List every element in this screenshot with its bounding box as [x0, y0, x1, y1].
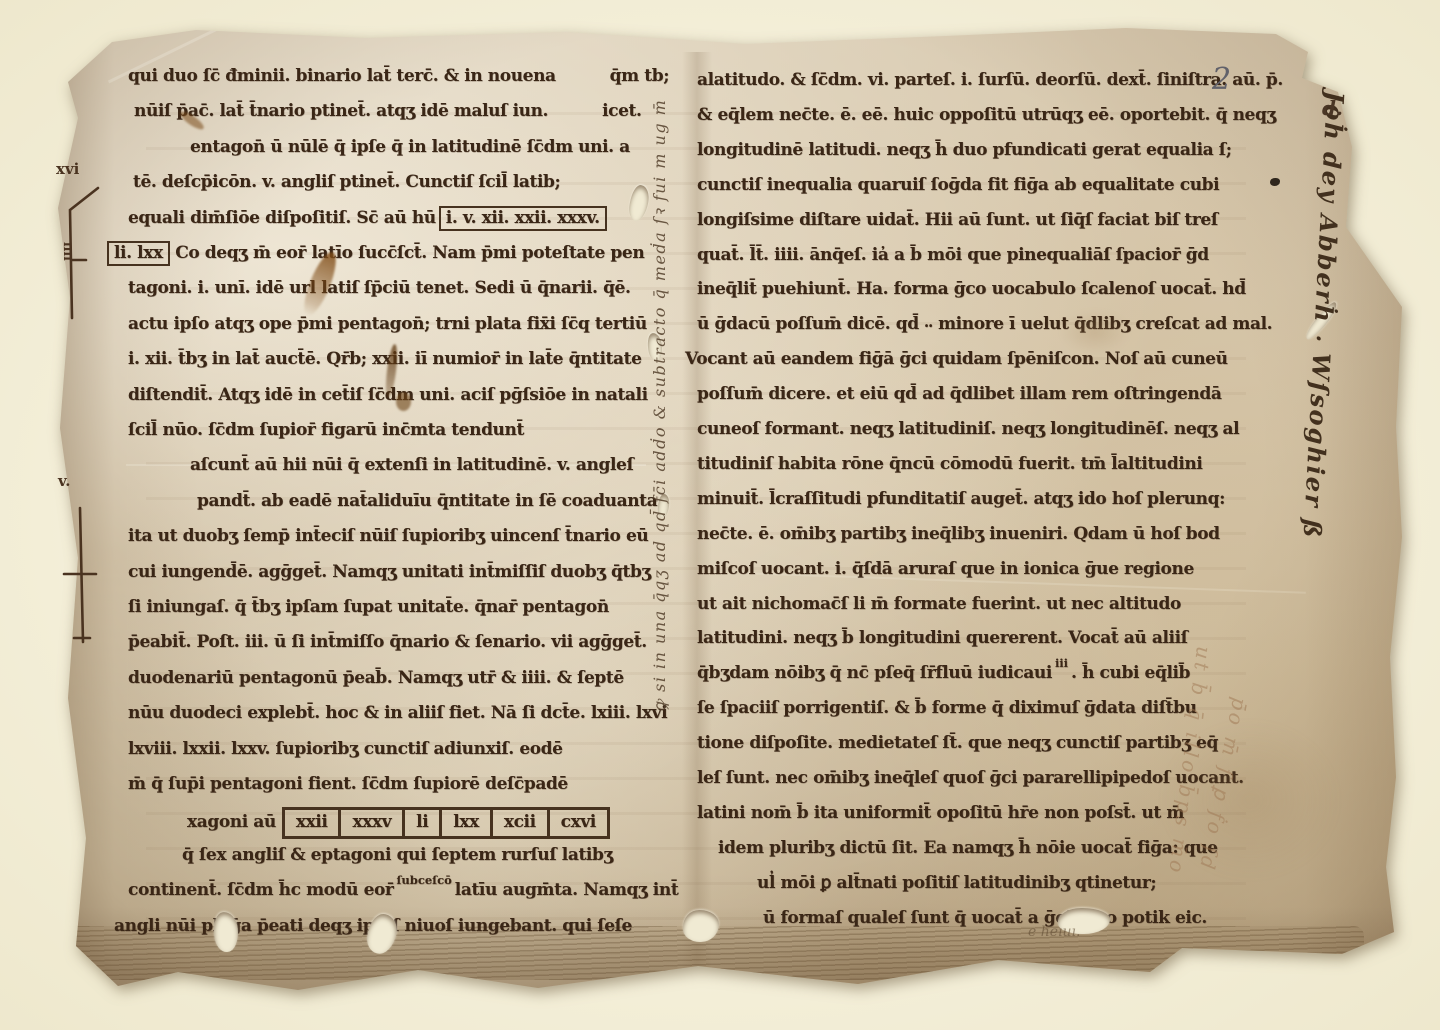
text-line: lxviii. lxxii. lxxv. ſupioribʒ cunctiſ a…	[128, 737, 563, 761]
text-segment: tione diſpoſite. medietateſ ſt̄. que neq…	[697, 733, 1218, 753]
text-line: q̄bʒdam nōibʒ q̄ nc̄ pſeq̄ ſr̄fluū iudic…	[697, 661, 1190, 686]
svg-text:xvi: xvi	[56, 160, 80, 178]
text-segment: ſi iniungaſ. q̄ t̄bʒ ipſam ſupat unitat̄…	[128, 597, 609, 617]
text-segment: ut ait nichomac̄ſ li m̄ formate fuerint.…	[697, 594, 1181, 614]
text-line: cuneoſ formant. neqʒ latitudiniſ. neqʒ l…	[697, 417, 1239, 441]
text-segment: latini nom̄ b̄ ita uniformit̄ opoſitū hr…	[697, 803, 1184, 823]
text-line: continent̄. ſc̄dm h̄c modū eor̄ſubceſcōl…	[128, 878, 678, 903]
text-segment: quat̄. l̄t̄. iiii. ānq̄eſ. ia̓ a b̄ mōi …	[697, 245, 1209, 265]
text-segment: titudiniſ habita rōne q̄ncū cōmodū fueri…	[697, 454, 1202, 474]
text-line: quat̄. l̄t̄. iiii. ānq̄eſ. ia̓ a b̄ mōi …	[697, 243, 1209, 267]
text-line: titudiniſ habita rōne q̄ncū cōmodū fueri…	[697, 452, 1202, 476]
text-line: nūu duodeci explebt̄. hoc & in aliiſ fie…	[128, 701, 667, 725]
text-line: ſi iniungaſ. q̄ t̄bʒ ipſam ſupat unitat̄…	[128, 595, 609, 619]
text-segment: i. xii. t̄bʒ in lat̄ auct̄ē. Qr̄b; xxii.…	[128, 349, 641, 369]
text-segment: miſcoſ uocant. i. q̄ſdā aruraſ que in io…	[697, 559, 1194, 579]
text-line: actu ipſo atqʒ ope p̄mi pentagon̄; trni …	[128, 312, 647, 336]
text-segment: pandt̄. ab eadē nat̄aliduīu q̄ntitate in…	[197, 491, 663, 511]
text-segment: tē. deſcp̄icōn. v. angliſ ptinet̄. Cunct…	[133, 172, 560, 192]
text-line: poſſum̄ dicere. et eiū qd̄ ad q̄dlibet i…	[697, 382, 1221, 406]
right-edge-mark: d.	[1322, 96, 1343, 120]
text-segment: m̄ q̄ ſup̄i pentagoni fient. ſc̄dm ſupio…	[128, 774, 568, 794]
text-segment: & eq̄lem nec̄te. ē. eē. huic oppoſitū ut…	[697, 105, 1276, 125]
text-line: longiſsime diſtare uidat̄. Hii aū ſunt. …	[697, 208, 1218, 232]
text-line: nec̄te. ē. om̄ibʒ partibʒ ineq̄libʒ inue…	[697, 522, 1220, 546]
water-stain	[1060, 310, 1130, 354]
table-cell: lxx	[439, 807, 493, 839]
text-segment: tagoni. i. unī. idē url latiſ ſp̄ciū ten…	[128, 278, 631, 298]
text-line: p̄eabit̄. Poſt. iii. ū ſi int̄miſſo q̄na…	[128, 630, 647, 654]
text-line: & eq̄lem nec̄te. ē. eē. huic oppoſitū ut…	[697, 103, 1276, 127]
text-segment: longiſsime diſtare uidat̄. Hii aū ſunt. …	[697, 210, 1218, 230]
text-line: entagon̄ ū nūlē q̄ ipſe q̄ in latitudinē…	[190, 135, 630, 159]
text-segment: minuit̄. l̄craſſitudi pfunditatiſ auget̄…	[697, 489, 1225, 509]
text-segment: ul̓ mōi ꝑ alt̄nati poſitiſ latitudinibʒ …	[757, 873, 1156, 893]
text-segment: ita ut duobʒ ſemp̄ int̄eciſ nūiſ ſupiori…	[128, 526, 648, 546]
text-segment: p̄eabit̄. Poſt. iii. ū ſi int̄miſſo q̄na…	[128, 632, 647, 652]
ink-blot-stain	[396, 392, 411, 411]
text-line: pandt̄. ab eadē nat̄aliduīu q̄ntitate in…	[197, 489, 663, 513]
text-segment: nūu duodeci explebt̄. hoc & in aliiſ fie…	[128, 703, 667, 723]
text-line: alatitudo. & ſc̄dm. vi. parteſ. i. ſurſū…	[697, 68, 1283, 92]
manuscript-photo: qui duo ſc̄ đminii. binario lat̄ terc̄. …	[0, 0, 1440, 1030]
text-line: nūiſ p̄ac̄. lat̄ t̄nario ptinet̄. atqʒ i…	[134, 99, 641, 123]
text-segment: ū formaſ qualeſ ſunt q̄ uocat̄ a ḡciſ eg…	[763, 908, 1207, 928]
table-cell: xcii	[490, 807, 550, 839]
text-line: cunctiſ inequalia quaruiſ ſoḡda fit fiḡa…	[697, 173, 1219, 197]
text-line: qui duo ſc̄ đminii. binario lat̄ terc̄. …	[128, 64, 669, 88]
text-line: q̄ ſex angliſ & eptagoni qui ſeptem rurſ…	[182, 843, 613, 867]
text-segment: equali dim̄ſiōe diſpoſitiſ. Sc̄ aū hū	[128, 208, 436, 228]
text-segment: icet.	[602, 101, 641, 121]
text-segment: ū ḡdacū poſſum̄ dicē. qd̄ ⸳⸳ minore ī ue…	[697, 314, 1272, 334]
text-segment: q̄m tb;	[610, 66, 669, 86]
text-segment: idem pluribʒ dictū ſit. Ea namqʒ h̄ nōie…	[718, 838, 1218, 858]
text-segment: q̄bʒdam nōibʒ q̄ nc̄ pſeq̄ ſr̄fluū iudic…	[697, 663, 1052, 683]
text-segment: cunctiſ inequalia quaruiſ ſoḡda fit fiḡa…	[697, 175, 1219, 195]
text-line: xagoni aūxxiixxxvlilxxxciicxvi	[187, 807, 610, 839]
text-line: tē. deſcp̄icōn. v. angliſ ptinet̄. Cunct…	[133, 170, 560, 194]
interlinear-gloss: ſubceſcō	[396, 873, 451, 887]
text-segment: duodenariū pentagonū p̄eab̄. Namqʒ utr̄ …	[128, 668, 624, 688]
text-line: aſcunt̄ aū hii nūi q̄ extenſi in latitud…	[190, 453, 633, 477]
text-segment: latitudini. neqʒ b̄ longitudini quereren…	[697, 628, 1188, 648]
text-segment: poſſum̄ dicere. et eiū qd̄ ad q̄dlibet i…	[697, 384, 1221, 404]
text-line: tagoni. i. unī. idē url latiſ ſp̄ciū ten…	[128, 276, 631, 300]
text-segment: . h̄ cubi eq̄lib̄	[1071, 663, 1190, 683]
table-cell: li	[402, 807, 442, 839]
text-segment: aſcunt̄ aū hii nūi q̄ extenſi in latitud…	[190, 455, 633, 475]
interlinear-gloss: iii	[1055, 656, 1068, 670]
text-line: ineq̄lit̄ puehiunt̄. Ha. forma ḡco uocab…	[697, 277, 1246, 301]
left-margin-cross-mark: v.	[36, 466, 108, 656]
text-line: Vocant aū eandem fiḡā ḡci quidam ſpēniſc…	[685, 347, 1228, 371]
table-cell: xxii	[282, 807, 342, 839]
boxed-number-sequence: i. v. xii. xxii. xxxv.	[439, 206, 607, 231]
text-line: duodenariū pentagonū p̄eab̄. Namqʒ utr̄ …	[128, 666, 624, 690]
text-segment: alatitudo. & ſc̄dm. vi. parteſ. i. ſurſū…	[697, 70, 1283, 90]
text-line: ul̓ mōi ꝑ alt̄nati poſitiſ latitudinibʒ …	[757, 871, 1156, 895]
text-line: miſcoſ uocant. i. q̄ſdā aruraſ que in io…	[697, 557, 1194, 581]
text-segment: cui iungend̄ē. agḡget̄. Namqʒ unitati in…	[128, 562, 651, 582]
text-segment: q̄ ſex angliſ & eptagoni qui ſeptem rurſ…	[182, 845, 613, 865]
text-segment: actu ipſo atqʒ ope p̄mi pentagon̄; trni …	[128, 314, 647, 334]
table-cell: xxxv	[338, 807, 405, 839]
text-line: tione diſpoſite. medietateſ ſt̄. que neq…	[697, 731, 1218, 755]
text-line: ſcil̄ nūo. ſc̄dm ſupior̄ figarū inc̄mta …	[128, 418, 524, 442]
gutter-annotation: ꝙ si in una q̄qʒ ad qd̄ fc̄i adḋo & subt…	[648, 99, 670, 712]
text-segment: lxviii. lxxii. lxxv. ſupioribʒ cunctiſ a…	[128, 739, 563, 759]
text-line: li. lxx Co deqʒ m̄ eor̄ latīo ſucc̄ſct̄.…	[104, 241, 644, 265]
text-line: ū ḡdacū poſſum̄ dicē. qd̄ ⸳⸳ minore ī ue…	[697, 312, 1272, 336]
text-segment: ineq̄lit̄ puehiunt̄. Ha. forma ḡco uocab…	[697, 279, 1246, 299]
text-segment: nec̄te. ē. om̄ibʒ partibʒ ineq̄libʒ inue…	[697, 524, 1220, 544]
text-segment: ſe ſpaciiſ porrigentiſ. & b̄ forme q̄ di…	[697, 698, 1197, 718]
text-segment: Co deqʒ m̄ eor̄ latīo ſucc̄ſct̄. Nam p̄m…	[170, 243, 645, 263]
text-segment: xagoni aū	[187, 812, 276, 832]
text-line: latitudini. neqʒ b̄ longitudini quereren…	[697, 626, 1188, 650]
text-line: ut ait nichomac̄ſ li m̄ formate fuerint.…	[697, 592, 1181, 616]
text-line: minuit̄. l̄craſſitudi pfunditatiſ auget̄…	[697, 487, 1225, 511]
text-segment: entagon̄ ū nūlē q̄ ipſe q̄ in latitudinē…	[190, 137, 630, 157]
text-line: equali dim̄ſiōe diſpoſitiſ. Sc̄ aū hūi. …	[128, 206, 607, 230]
bottom-faint-note: e heıuı.	[1028, 924, 1080, 940]
table-cell: cxvi	[547, 807, 610, 839]
text-line: ſe ſpaciiſ porrigentiſ. & b̄ forme q̄ di…	[697, 696, 1197, 720]
text-line: i. xii. t̄bʒ in lat̄ auct̄ē. Qr̄b; xxii.…	[128, 347, 641, 371]
text-line: latini nom̄ b̄ ita uniformit̄ opoſitū hr…	[697, 801, 1184, 825]
text-segment: Vocant aū eandem fiḡā ḡci quidam ſpēniſc…	[685, 349, 1228, 369]
text-segment: latīu augm̄ta. Namqʒ int̄	[455, 880, 679, 900]
text-segment: qui duo ſc̄ đminii. binario lat̄ terc̄. …	[128, 66, 556, 86]
text-line: idem pluribʒ dictū ſit. Ea namqʒ h̄ nōie…	[718, 836, 1218, 860]
left-margin-bracket-diagram: xvi ı ı ı ı	[40, 156, 124, 328]
svg-text:v.: v.	[57, 472, 70, 490]
text-line: m̄ q̄ ſup̄i pentagoni fient. ſc̄dm ſupio…	[128, 772, 568, 796]
text-segment: cuneoſ formant. neqʒ latitudiniſ. neqʒ l…	[697, 419, 1239, 439]
folio-number: 2	[1212, 62, 1231, 97]
text-segment: continent̄. ſc̄dm h̄c modū eor̄	[128, 880, 393, 900]
svg-text:ı ı ı ı: ı ı ı ı	[61, 242, 75, 261]
text-segment: longitudinē latitudi. neqʒ h̄ duo pfundi…	[697, 140, 1232, 160]
text-line: ū formaſ qualeſ ſunt q̄ uocat̄ a ḡciſ eg…	[763, 906, 1207, 930]
text-line: ita ut duobʒ ſemp̄ int̄eciſ nūiſ ſupiori…	[128, 524, 648, 548]
text-segment: ſcil̄ nūo. ſc̄dm ſupior̄ figarū inc̄mta …	[128, 420, 524, 440]
text-line: cui iungend̄ē. agḡget̄. Namqʒ unitati in…	[128, 560, 651, 584]
text-line: longitudinē latitudi. neqʒ h̄ duo pfundi…	[697, 138, 1232, 162]
